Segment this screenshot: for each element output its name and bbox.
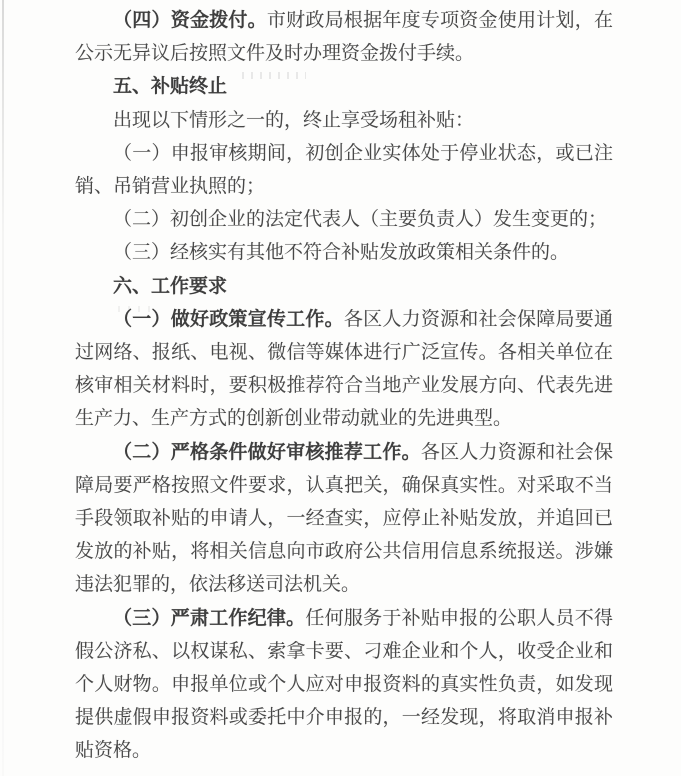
body-text: （三）经核实有其他不符合补贴发放政策相关条件的。 — [113, 242, 569, 263]
scanned-document-page: （四）资金拨付。市财政局根据年度专项资金使用计划，在公示无异议后按照文件及时办理… — [0, 0, 681, 776]
section-heading: 六、工作要求 — [75, 270, 613, 303]
paragraph: （一）申报审核期间，初创企业实体处于停业状态，或已注销、吊销营业执照的； — [75, 137, 613, 203]
paragraph: （二）严格条件做好审核推荐工作。各区人力资源和社会保障局要严格按照文件要求，认真… — [75, 436, 613, 602]
document-page-text: （四）资金拨付。市财政局根据年度专项资金使用计划，在公示无异议后按照文件及时办理… — [75, 4, 613, 768]
paragraph: （三）严肃工作纪律。任何服务于补贴申报的公职人员不得假公济私、以权谋私、索拿卡要… — [75, 602, 613, 768]
paragraph: （一）做好政策宣传工作。各区人力资源和社会保障局要通过网络、报纸、电视、微信等媒… — [75, 303, 613, 436]
paragraph: （三）经核实有其他不符合补贴发放政策相关条件的。 — [75, 236, 613, 269]
paragraph: 出现以下情形之一的，终止享受场租补贴： — [75, 104, 613, 137]
section-heading: 五、补贴终止 — [75, 70, 613, 103]
bold-lead-text: （一）做好政策宣传工作。 — [113, 309, 344, 330]
paragraph: （四）资金拨付。市财政局根据年度专项资金使用计划，在公示无异议后按照文件及时办理… — [75, 4, 613, 70]
body-text: （二）初创企业的法定代表人（主要负责人）发生变更的； — [113, 209, 607, 230]
bold-lead-text: 六、工作要求 — [113, 276, 227, 297]
paragraph: （二）初创企业的法定代表人（主要负责人）发生变更的； — [75, 203, 613, 236]
bold-lead-text: （四）资金拨付。 — [113, 10, 267, 31]
body-text: （一）申报审核期间，初创企业实体处于停业状态，或已注销、吊销营业执照的； — [75, 143, 613, 197]
body-text: 任何服务于补贴申报的公职人员不得假公济私、以权谋私、索拿卡要、刁难企业和个人，收… — [75, 608, 613, 762]
scan-artifact-edge-line — [2, 0, 4, 776]
body-text: 各区人力资源和社会保障局要严格按照文件要求，认真把关，确保真实性。对采取不当手段… — [75, 442, 613, 596]
bold-lead-text: 五、补贴终止 — [113, 76, 227, 97]
body-text: 出现以下情形之一的，终止享受场租补贴： — [113, 110, 474, 131]
bold-lead-text: （三）严肃工作纪律。 — [113, 608, 305, 629]
bold-lead-text: （二）严格条件做好审核推荐工作。 — [113, 442, 421, 463]
